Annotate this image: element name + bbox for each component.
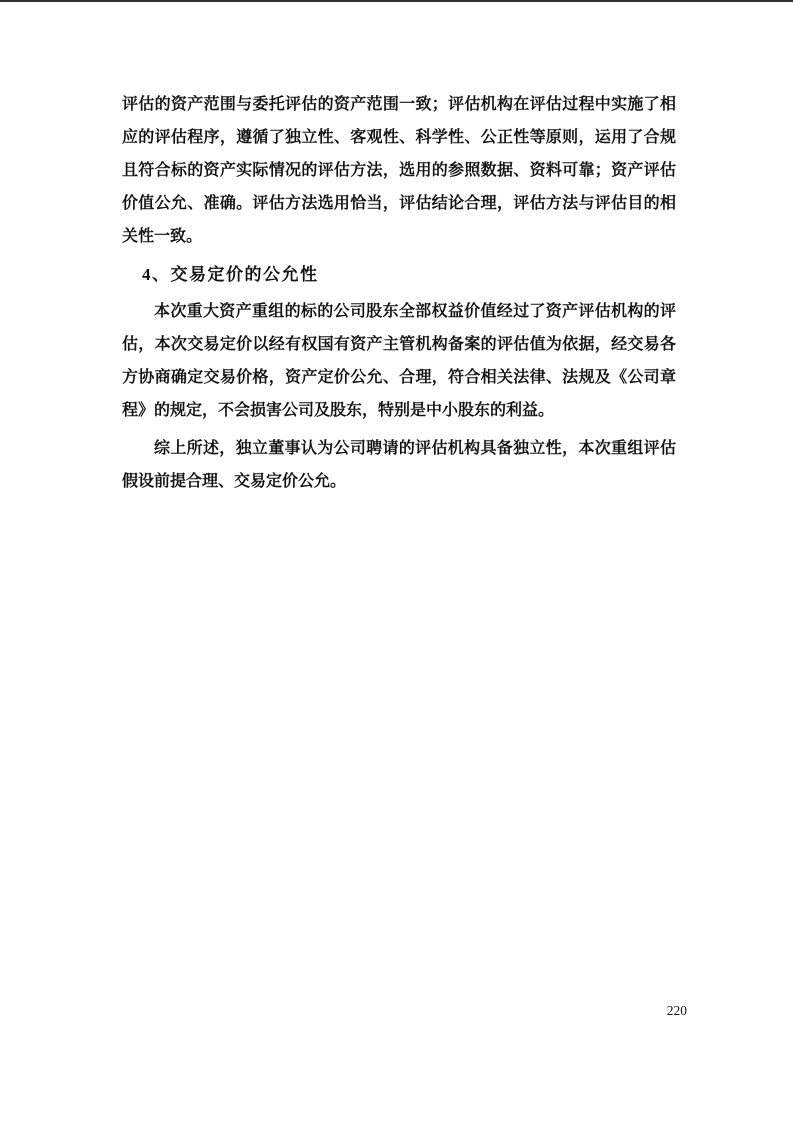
paragraph-conclusion: 综上所述，独立董事认为公司聘请的评估机构具备独立性，本次重组评估 假设前提合理、… — [122, 432, 676, 498]
text-line: 评估的资产范围与委托评估的资产范围一致；评估机构在评估过程中实施了相 — [122, 88, 676, 121]
text-line: 估，本次交易定价以经有权国有资产主管机构备案的评估值为依据，经交易各 — [122, 328, 676, 361]
text-line: 且符合标的资产实际情况的评估方法，选用的参照数据、资料可靠；资产评估 — [122, 154, 676, 187]
document-content: 评估的资产范围与委托评估的资产范围一致；评估机构在评估过程中实施了相 应的评估程… — [122, 88, 676, 498]
text-line: 综上所述，独立董事认为公司聘请的评估机构具备独立性，本次重组评估 — [122, 432, 676, 465]
paragraph-transaction-pricing: 本次重大资产重组的标的公司股东全部权益价值经过了资产评估机构的评 估，本次交易定… — [122, 295, 676, 427]
text-line: 本次重大资产重组的标的公司股东全部权益价值经过了资产评估机构的评 — [122, 295, 676, 328]
page-number: 220 — [667, 1003, 687, 1019]
text-line: 假设前提合理、交易定价公允。 — [122, 465, 676, 498]
text-line: 应的评估程序，遵循了独立性、客观性、科学性、公正性等原则，运用了合规 — [122, 121, 676, 154]
text-line: 关性一致。 — [122, 220, 676, 253]
text-line: 价值公允、准确。评估方法选用恰当，评估结论合理，评估方法与评估目的相 — [122, 187, 676, 220]
document-page: 评估的资产范围与委托评估的资产范围一致；评估机构在评估过程中实施了相 应的评估程… — [0, 0, 793, 1122]
section-heading-pricing-fairness: 4、交易定价的公允性 — [122, 258, 676, 291]
text-line: 方协商确定交易价格，资产定价公允、合理，符合相关法律、法规及《公司章 — [122, 361, 676, 394]
text-line: 程》的规定，不会损害公司及股东，特别是中小股东的利益。 — [122, 394, 676, 427]
page-top-edge-line — [0, 0, 793, 2]
paragraph-evaluation-scope: 评估的资产范围与委托评估的资产范围一致；评估机构在评估过程中实施了相 应的评估程… — [122, 88, 676, 253]
